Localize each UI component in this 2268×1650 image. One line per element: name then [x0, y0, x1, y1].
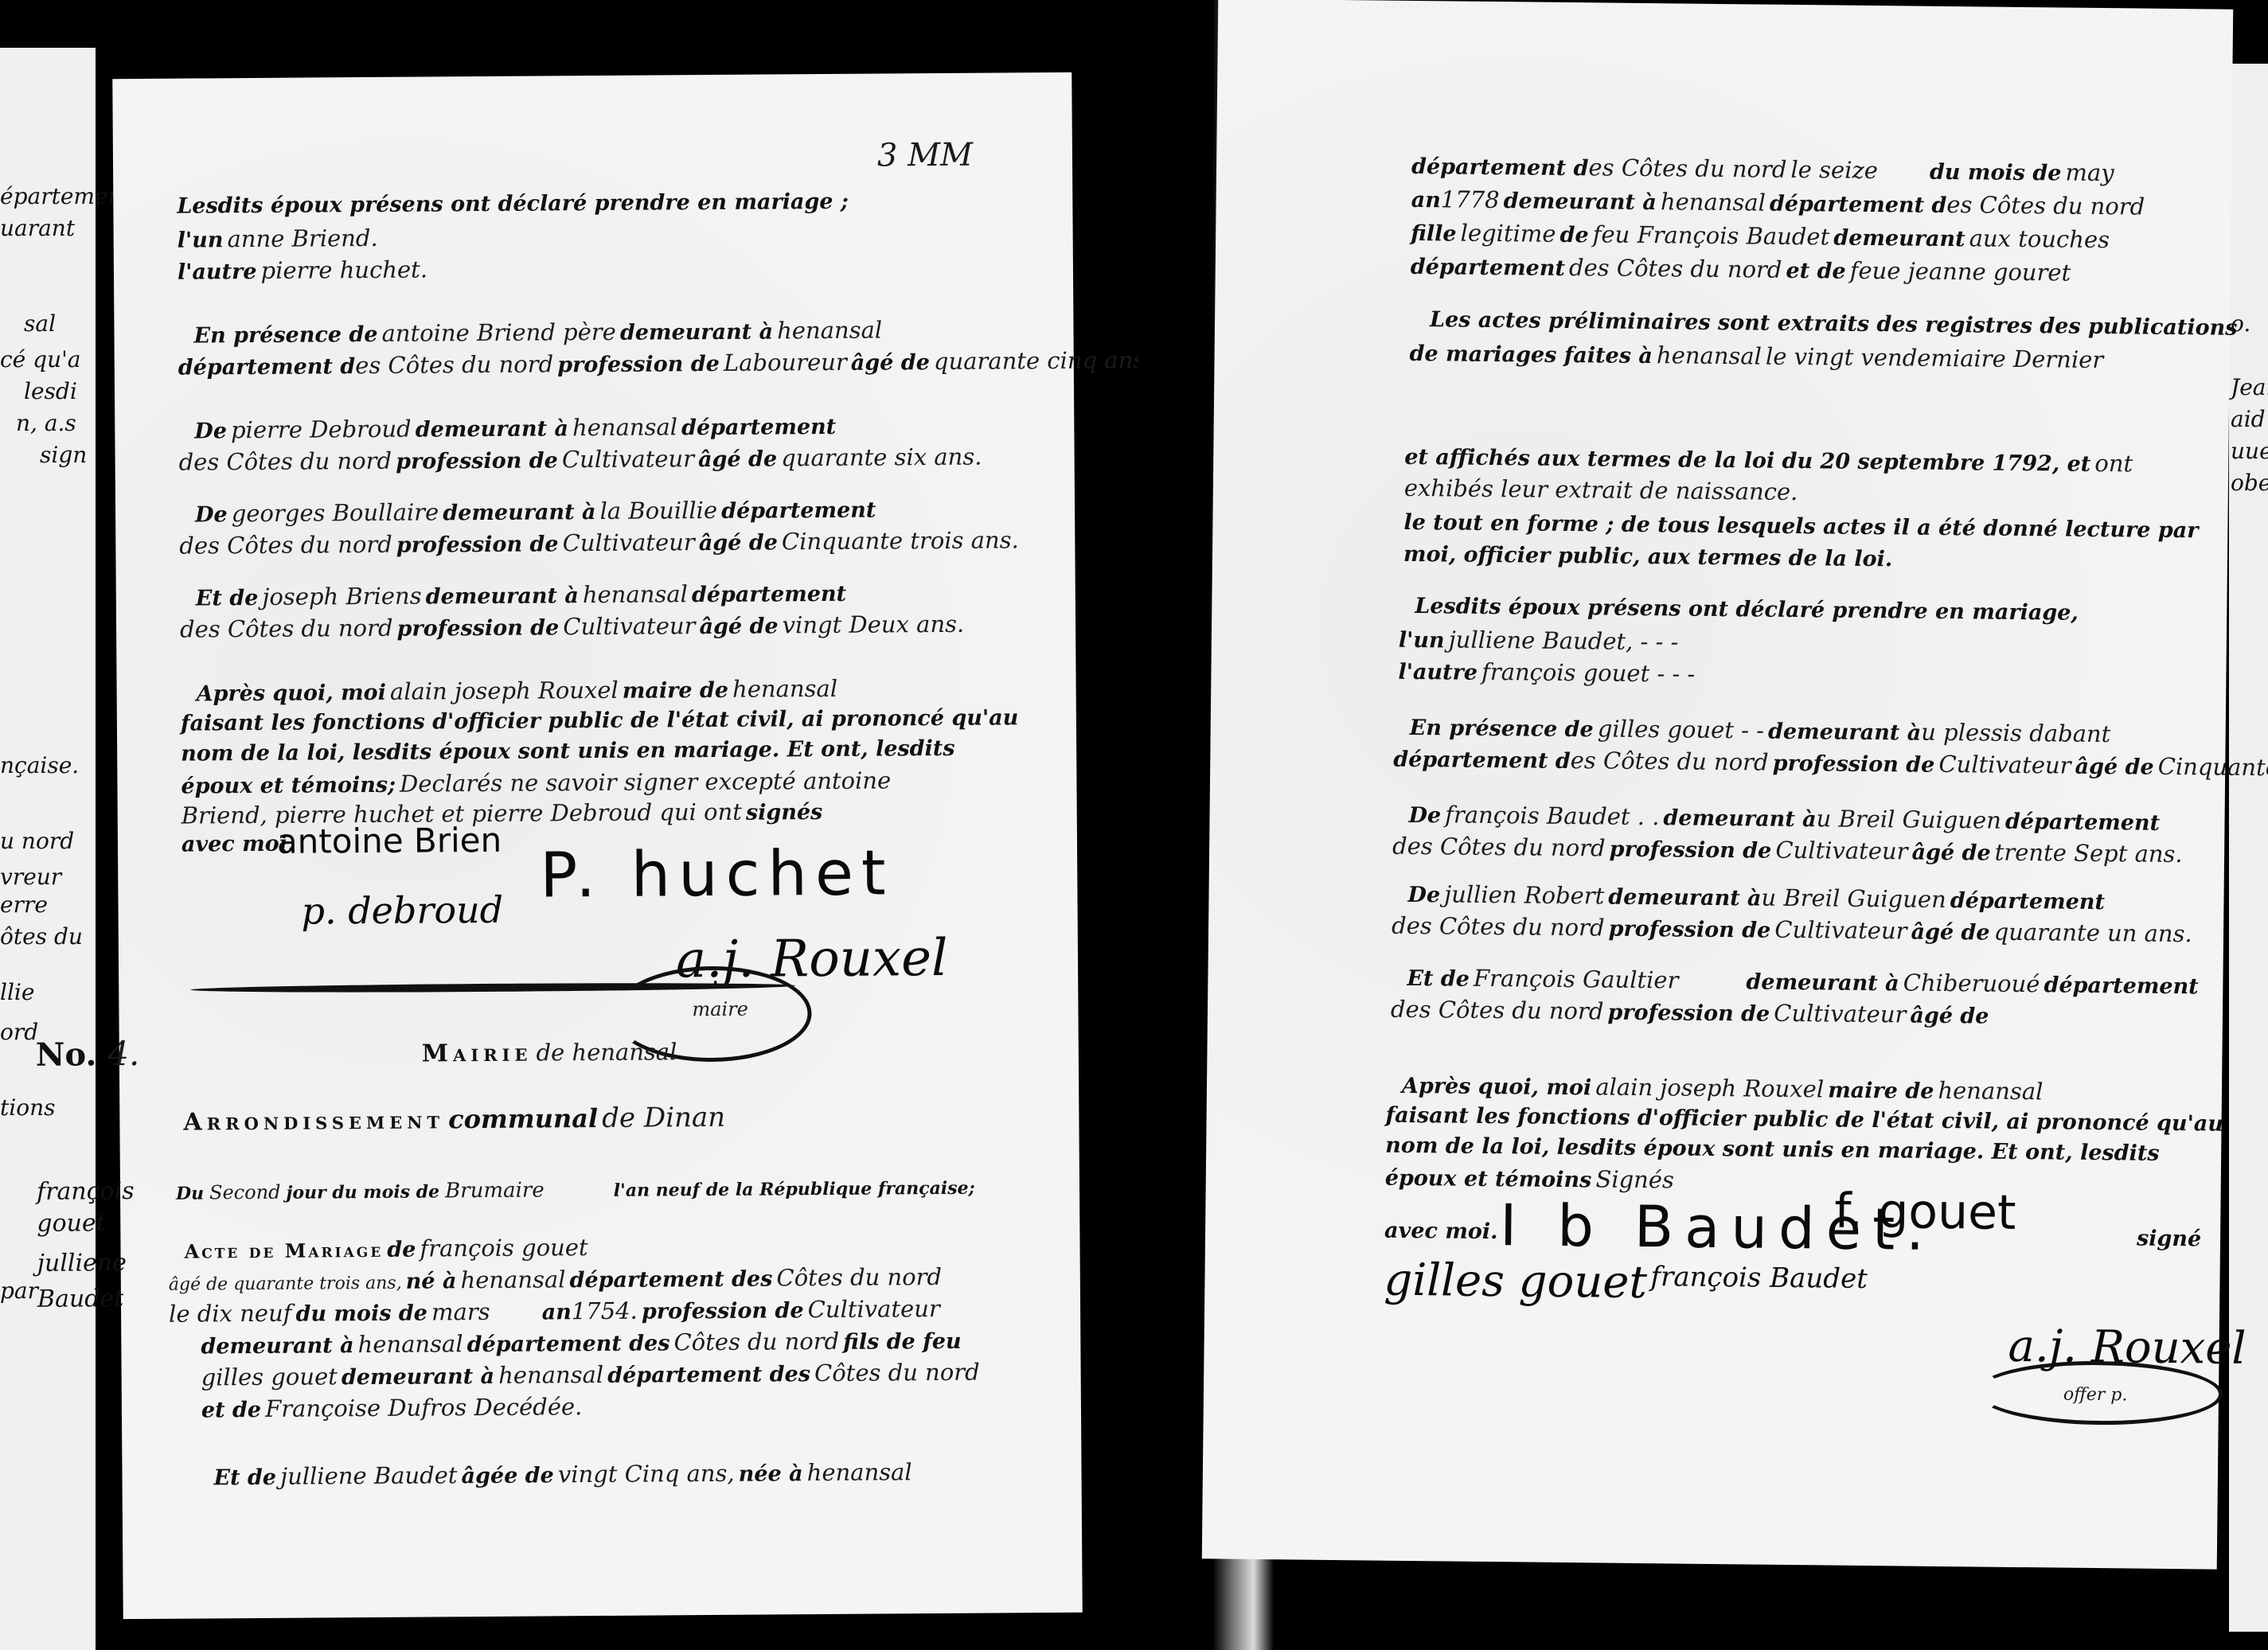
witness-dept: des Côtes du nord: [1392, 833, 1606, 862]
text: demeurant à: [201, 1333, 353, 1359]
witness-intro: De: [1408, 803, 1441, 828]
arrondissement-communal: communal: [448, 1103, 598, 1134]
signature: gilles gouet: [1384, 1254, 1647, 1309]
text: département d: [1770, 192, 1947, 218]
text: département des: [467, 1331, 670, 1357]
dept-label: département: [721, 498, 876, 524]
fragment-text: cé qu'a: [0, 346, 81, 373]
margin-name: Baudet: [37, 1285, 124, 1313]
closing-text: époux et témoins: [1385, 1166, 1592, 1193]
text: fils de feu: [843, 1329, 962, 1355]
father-residence: aux touches: [1969, 224, 2110, 253]
left-adjacent-page-fragment: épartemen uarant sal cé qu'a lesdi n, a.…: [0, 48, 96, 1650]
mairie-commune: de henansal: [536, 1038, 677, 1066]
witness-profession: Cultivateur: [563, 529, 695, 556]
witness-profession: Laboureur: [724, 349, 847, 376]
witness-name: pierre Debroud: [231, 415, 412, 444]
witness-dept: des Côtes du nord: [179, 531, 392, 560]
dept-label: département: [2005, 809, 2160, 836]
witness-profession: Cultivateur: [562, 445, 694, 473]
text: de: [1559, 223, 1588, 248]
witness-name: gilles gouet - -: [1598, 715, 1765, 743]
dept-label: département: [692, 582, 846, 607]
witness-name: georges Boullaire: [232, 498, 439, 527]
signature: antoine Brien: [277, 821, 502, 861]
signature: p. debroud: [301, 888, 503, 933]
fragment-text: Jeanne: [2231, 374, 2268, 400]
text: du mois de: [1930, 160, 2062, 186]
witness-dept: es Côtes du nord: [355, 350, 553, 379]
text: département des: [607, 1362, 810, 1388]
residence-label: demeurant à: [443, 500, 595, 525]
dept-label: département: [1950, 888, 2105, 915]
publication-place: henansal: [1657, 341, 1762, 369]
fragment-text: uarant: [0, 215, 75, 241]
witness-residence: la Bouillie: [599, 497, 717, 525]
witness-name: antoine Briend père: [381, 318, 615, 347]
bride-father: feu François Baudet: [1593, 220, 1830, 250]
witness-profession: Cultivateur: [1774, 1000, 1906, 1028]
folio-mark: 3 MM: [877, 137, 973, 174]
act-title-de: de: [387, 1238, 416, 1262]
text: née à: [739, 1461, 803, 1487]
fragment-text: obers: [2231, 470, 2268, 496]
residence-label: demeurant à: [620, 319, 773, 345]
spouse-name: françois gouet - - -: [1481, 658, 1696, 688]
profession-label: profession de: [396, 532, 559, 557]
witness-intro: En présence de: [193, 322, 377, 349]
label-un: l'un: [178, 228, 224, 252]
bride-birth-month: may: [2065, 159, 2114, 187]
mairie-heading: Mairie: [422, 1040, 533, 1068]
closing-text: avec moi.: [1384, 1219, 1498, 1244]
residence-label: demeurant à: [1663, 805, 1816, 832]
witness-residence: henansal: [572, 413, 677, 441]
closing-text: maire de: [1828, 1078, 1934, 1103]
declaration-text: Lesdits époux présens ont déclaré prendr…: [177, 189, 849, 219]
groom-birth-day: le dix neuf: [169, 1300, 292, 1328]
witness-dept: des Côtes du nord: [179, 447, 392, 476]
fragment-text: sal: [24, 310, 56, 337]
text: département: [1411, 255, 1565, 281]
age-label: âgé de: [699, 614, 778, 639]
closing-text: faisant les fonctions d'officier public …: [1385, 1103, 2223, 1137]
handwritten-note: Signés: [1595, 1165, 1674, 1193]
bride-residence: henansal: [1661, 188, 1766, 216]
witness-age: trente Sept ans.: [1995, 839, 2183, 868]
arrondissement-heading: Arrondissement: [183, 1106, 444, 1136]
father-dept: Côtes du nord: [814, 1359, 980, 1387]
witness-dept: des Côtes du nord: [1391, 996, 1604, 1025]
closing-text: Après quoi, moi: [1402, 1074, 1592, 1100]
fragment-text: épartemen: [0, 183, 123, 209]
profession-label: profession de: [396, 448, 558, 474]
witness-profession: Cultivateur: [1775, 837, 1907, 865]
groom-residence: henansal: [357, 1330, 463, 1358]
father-dept: des Côtes du nord: [1569, 254, 1782, 283]
witness-age: quarante un ans.: [1993, 919, 2192, 948]
dept-label: département: [681, 415, 836, 440]
date-day: Second: [209, 1181, 281, 1204]
preliminaries-text: et affichés aux termes de la loi du 20 s…: [1404, 445, 2090, 477]
preliminaries-text: moi, officier public, aux termes de la l…: [1403, 542, 1893, 571]
witness-age: quarante six ans.: [781, 443, 982, 472]
mayor-name: alain joseph Rouxel: [390, 677, 619, 705]
preliminaries-text: le tout en forme ; de tous lesquels acte…: [1403, 510, 2198, 543]
text: du mois de: [295, 1301, 427, 1327]
fragment-text: llie: [0, 979, 34, 1005]
fragment-text: par: [0, 1277, 38, 1304]
closing-text: signé: [2137, 1227, 2201, 1252]
date-year: l'an neuf de la République française;: [614, 1178, 975, 1201]
text: demeurant à: [1504, 189, 1657, 215]
text: profession de: [642, 1298, 804, 1324]
text: demeurant à: [342, 1364, 494, 1390]
handwritten-note: Declarés ne savoir signer excepté antoin…: [400, 766, 891, 797]
right-adjacent-page-fragment: o. Jeanne aid uue obers: [2229, 64, 2268, 1632]
left-page: 3 MM Lesdits époux présens ont déclaré p…: [112, 72, 1082, 1619]
groom-birthplace: henansal: [460, 1266, 565, 1293]
witness-dept: des Côtes du nord: [180, 614, 393, 643]
age-label: âgé de: [698, 447, 777, 472]
residence-label: demeurant à: [1746, 969, 1899, 996]
right-page: département des Côtes du nord le seize d…: [1202, 0, 2233, 1570]
signature: f. gouet: [1834, 1184, 2016, 1241]
residence-label: demeurant à: [426, 583, 579, 609]
witness-dept: des Côtes du nord: [1392, 912, 1605, 942]
closing-text: maire de: [623, 678, 728, 704]
witness-age: quarante cinq ans: [934, 346, 1145, 375]
bride-name: julliene Baudet: [280, 1461, 458, 1490]
spouse-name: julliene Baudet, - - -: [1449, 626, 1679, 655]
witness-intro: De: [1407, 883, 1440, 907]
bride-birthplace: henansal: [807, 1458, 912, 1486]
commune-name: henansal: [1938, 1077, 2043, 1105]
fragment-text: n, a.s: [16, 410, 76, 436]
text: an: [1411, 188, 1440, 213]
fragment-text: nçaise.: [0, 752, 79, 778]
fragment-text: sign: [40, 442, 87, 468]
witness-residence: u Breil Guiguen: [1816, 805, 2001, 833]
commune-name: henansal: [732, 675, 837, 703]
witness-age: Cinquante trois ans.: [782, 526, 1019, 555]
label-autre: l'autre: [178, 259, 257, 285]
profession-label: profession de: [1608, 917, 1770, 943]
closing-text: nom de la loi, lesdits époux sont unis e…: [1385, 1133, 2160, 1166]
age-label: âgé de: [1911, 920, 1989, 946]
groom-dept: Côtes du nord: [673, 1328, 839, 1355]
text: fille: [1411, 221, 1457, 247]
age-label: âgé de: [2075, 755, 2153, 780]
fragment-text: tions: [0, 1094, 55, 1121]
signature-title: maire: [692, 998, 748, 1020]
act-number-value: 4.: [107, 1034, 139, 1073]
groom-birth-month: mars: [431, 1298, 490, 1326]
text: âgée de: [461, 1463, 553, 1488]
profession-label: profession de: [397, 615, 560, 641]
witness-age: vingt Deux ans.: [783, 610, 965, 639]
father-residence: henansal: [498, 1361, 603, 1389]
signature-title: offer p.: [2063, 1385, 2128, 1406]
date-text: Du: [176, 1183, 204, 1203]
witness-intro: Et de: [196, 586, 259, 611]
age-label: âgé de: [1910, 1004, 1989, 1029]
publication-date: le vingt vendemiaire Dernier: [1766, 343, 2104, 373]
witness-residence: henansal: [583, 580, 688, 608]
margin-name: françois: [37, 1177, 135, 1206]
dept-label: département d: [1393, 747, 1571, 774]
margin-name: gouet: [37, 1209, 106, 1238]
witness-name: françois Baudet . .: [1445, 801, 1660, 830]
spouse-name: pierre huchet.: [260, 255, 427, 283]
groom-profession: Cultivateur: [808, 1295, 940, 1323]
witness-residence: henansal: [777, 316, 882, 344]
text: an: [542, 1300, 572, 1324]
profession-label: profession de: [1607, 1001, 1770, 1027]
witness-profession: Cultivateur: [1774, 916, 1907, 945]
date-text: jour du mois de: [286, 1181, 439, 1203]
profession-label: profession de: [1609, 837, 1771, 864]
witness-residence: u plessis dabant: [1921, 719, 2110, 747]
witness-name: jullien Robert: [1444, 880, 1604, 909]
age-label: âgé de: [699, 530, 778, 556]
witness-name: François Gaultier: [1474, 965, 1679, 994]
signature: françois Baudet: [1650, 1261, 1868, 1295]
witness-intro: Et de: [1407, 966, 1470, 992]
groom-father: gilles gouet: [201, 1363, 338, 1391]
signature: P. huchet: [540, 837, 894, 911]
spouse-name: anne Briend.: [227, 224, 377, 252]
label-un: l'un: [1399, 628, 1445, 653]
handwritten-note: ont: [2094, 450, 2133, 477]
groom-birth-year: 1754.: [572, 1297, 638, 1325]
witness-intro: De: [194, 419, 227, 443]
witness-intro: De: [195, 502, 228, 527]
mayor-name: alain joseph Rouxel: [1595, 1073, 1824, 1102]
text: et de: [201, 1398, 261, 1423]
groom-dept: Côtes du nord: [776, 1263, 942, 1291]
witness-residence: Chiberuoué: [1903, 969, 2040, 997]
preliminaries-text: de mariages faites à: [1409, 341, 1653, 369]
declaration-text: Lesdits époux présens ont déclaré prendr…: [1415, 594, 2079, 626]
bride-birth-year: 1778: [1441, 185, 1500, 213]
closing-text: époux et témoins;: [181, 773, 396, 799]
bride-dept: es Côtes du nord: [1588, 154, 1786, 183]
date-month: Brumaire: [445, 1178, 545, 1203]
handwritten-note: exhibés leur extrait de naissance.: [1404, 474, 1798, 505]
fragment-text: ôtes du: [0, 923, 83, 950]
fragment-text: uue: [2231, 438, 2268, 464]
profession-label: profession de: [1773, 751, 1935, 778]
closing-text: nom de la loi, lesdits époux sont unis e…: [181, 736, 955, 766]
bride-dept: es Côtes du nord: [1946, 191, 2145, 220]
residence-label: demeurant à: [1768, 720, 1921, 746]
groom-age: âgé de quarante trois ans,: [169, 1274, 402, 1295]
witness-profession: Cultivateur: [563, 612, 695, 640]
groom-name: françois gouet: [420, 1234, 587, 1262]
witness-residence: u Breil Guiguen: [1761, 884, 1946, 913]
act-number: No. 4.: [36, 1034, 140, 1074]
fragment-text: u nord: [0, 828, 74, 854]
text: né à: [406, 1269, 457, 1293]
closing-text: signés: [746, 800, 823, 825]
dept-label: département: [2044, 973, 2198, 999]
groom-mother: Françoise Dufros Decédée.: [265, 1393, 582, 1422]
text: et de: [1786, 259, 1845, 284]
dept-label: département d: [178, 354, 356, 380]
residence-label: demeurant à: [1608, 885, 1761, 911]
profession-label: profession de: [557, 352, 720, 377]
closing-text: Après quoi, moi: [197, 681, 386, 707]
bride-mother: feue jeanne gouret: [1850, 257, 2071, 287]
text: département d: [1411, 154, 1589, 181]
margin-name: julliene: [37, 1249, 127, 1277]
witness-dept: es Côtes du nord: [1571, 747, 1769, 776]
fragment-text: vreur: [0, 864, 61, 890]
closing-text: faisant les fonctions d'officier public …: [181, 705, 1019, 735]
fragment-text: lesdi: [24, 378, 77, 404]
bride-legitimacy: legitime: [1460, 220, 1556, 248]
fragment-text: ord: [0, 1019, 38, 1045]
text: département des: [569, 1266, 772, 1293]
act-number-label: No.: [36, 1036, 97, 1074]
witness-intro: En présence de: [1410, 716, 1594, 742]
fragment-text: erre: [0, 891, 48, 918]
witness-name: joseph Briens: [262, 583, 421, 610]
witness-age: Cinquante ans: [2158, 753, 2268, 782]
act-title: Acte de Mariage: [184, 1238, 383, 1263]
bride-age: vingt Cinq ans,: [558, 1460, 735, 1488]
age-label: âgé de: [851, 350, 930, 376]
residence-label: demeurant à: [416, 416, 568, 442]
fragment-text: aid: [2231, 406, 2266, 432]
arrondissement-name: de Dinan: [602, 1102, 725, 1134]
text: demeurant: [1833, 225, 1965, 252]
preliminaries-text: Les actes préliminaires sont extraits de…: [1430, 307, 2238, 341]
text: Et de: [213, 1465, 276, 1491]
age-label: âgé de: [1911, 841, 1990, 866]
bride-birth-day: le seize: [1790, 156, 1878, 184]
witness-profession: Cultivateur: [1938, 751, 2071, 779]
label-autre: l'autre: [1398, 660, 1478, 685]
